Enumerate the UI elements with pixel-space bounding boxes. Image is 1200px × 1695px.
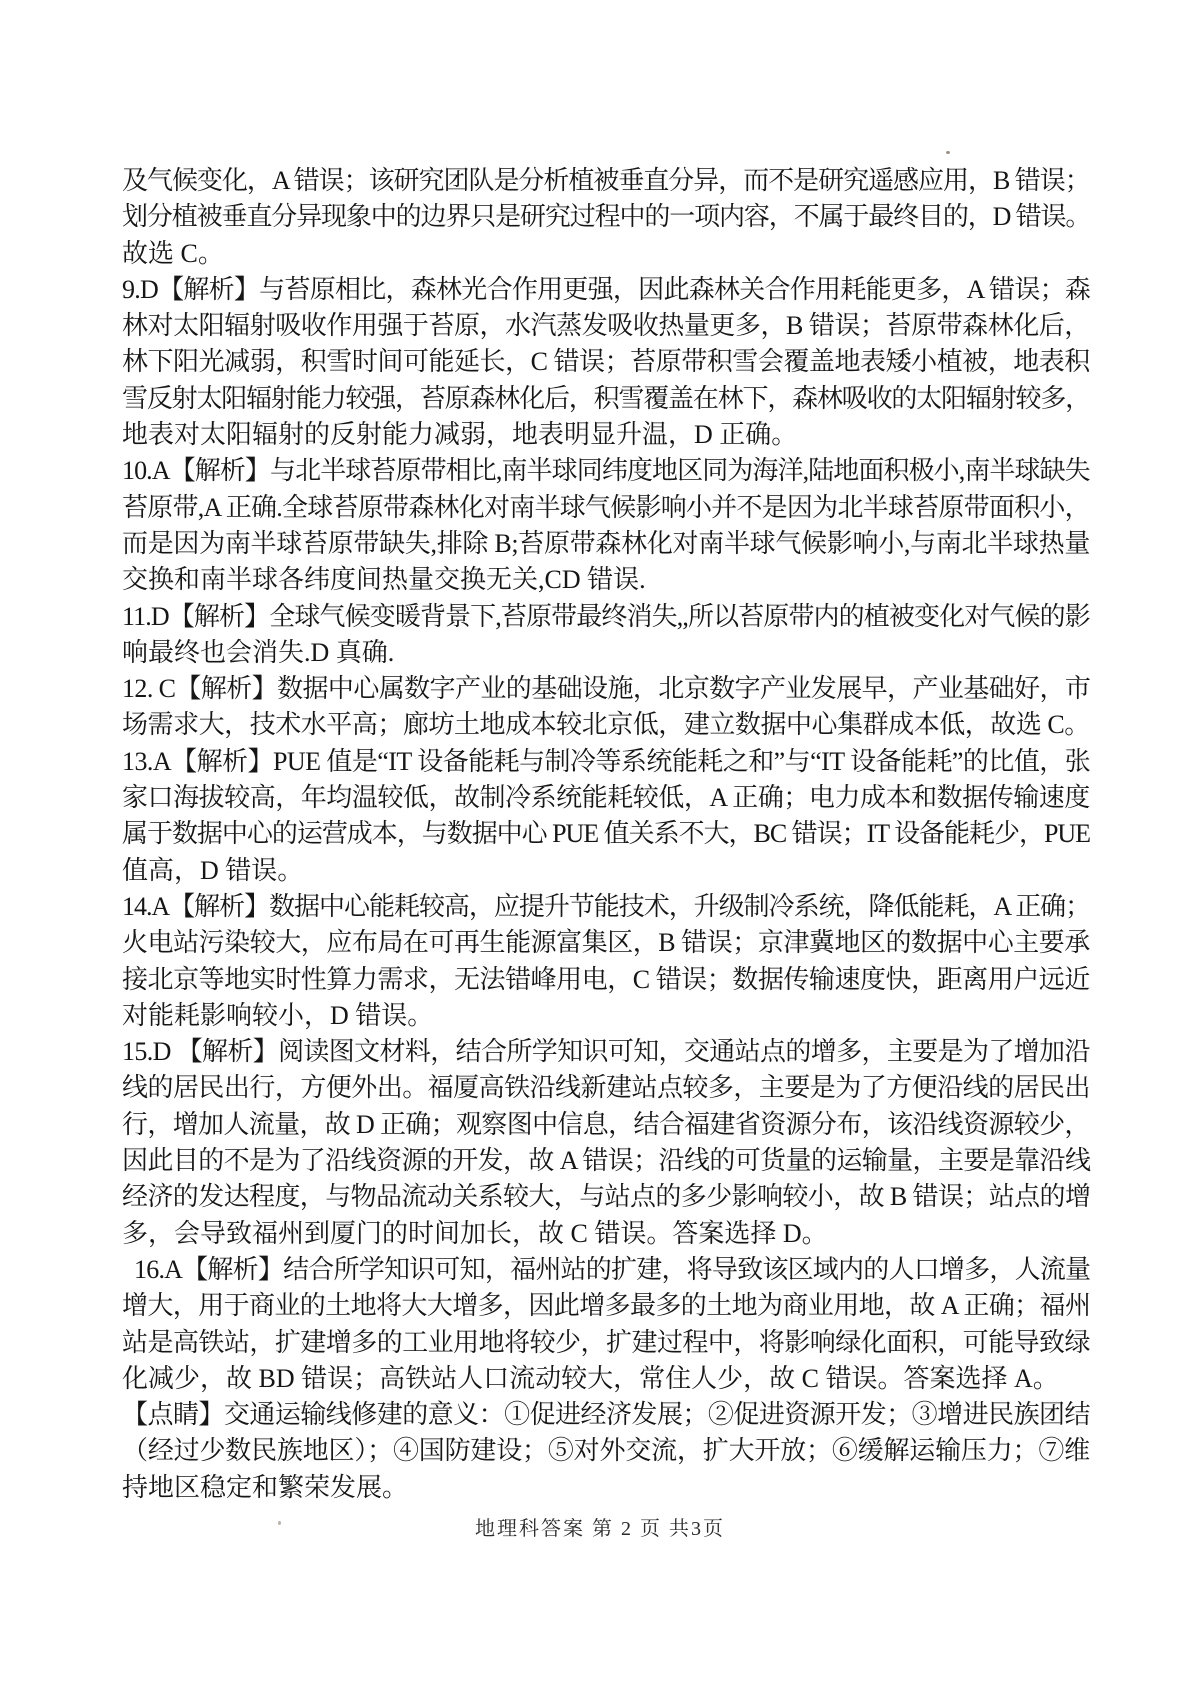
text-line-key-note: 【点睛】交通运输线修建的意义：①促进经济发展；②促进资源开发；③增进民族团结 — [122, 1397, 1090, 1433]
text-line: 对能耗影响较小，D 错误。 — [122, 998, 1090, 1034]
text-line: 行，增加人流量，故 D 正确；观察图中信息，结合福建省资源分布，该沿线资源较少， — [122, 1107, 1090, 1143]
text-line-answer-15: 15.D 【解析】阅读图文材料，结合所学知识可知，交通站点的增多，主要是为了增加… — [122, 1034, 1090, 1070]
text-line: 苔原带,A 正确.全球苔原带森林化对南半球气候影响小并不是因为北半球苔原带面积小… — [122, 490, 1090, 526]
text-line: 火电站污染较大，应布局在可再生能源富集区，B 错误；京津冀地区的数据中心主要承 — [122, 925, 1090, 961]
text-line: 划分植被垂直分异现象中的边界只是研究过程中的一项内容，不属于最终目的，D 错误。 — [122, 199, 1090, 235]
text-line-answer-13: 13.A【解析】PUE 值是“IT 设备能耗与制冷等系统能耗之和”与“IT 设备… — [122, 744, 1090, 780]
text-line: 及气候变化，A 错误；该研究团队是分析植被垂直分异，而不是研究遥感应用，B 错误… — [122, 163, 1090, 199]
text-line: 属于数据中心的运营成本，与数据中心 PUE 值关系不大，BC 错误；IT 设备能… — [122, 816, 1090, 852]
text-line-answer-14: 14.A【解析】数据中心能耗较高，应提升节能技术，升级制冷系统，降低能耗，A 正… — [122, 889, 1090, 925]
text-line: 地表对太阳辐射的反射能力减弱，地表明显升温，D 正确。 — [122, 417, 1090, 453]
text-line-answer-9: 9.D【解析】与苔原相比，森林光合作用更强，因此森林关合作用耗能更多，A 错误；… — [122, 272, 1090, 308]
text-line: 故选 C。 — [122, 236, 1090, 272]
text-line: 增大，用于商业的土地将大大增多，因此增多最多的土地为商业用地，故 A 正确；福州 — [122, 1288, 1090, 1324]
text-line: 多，会导致福州到厦门的时间加长，故 C 错误。答案选择 D。 — [122, 1216, 1090, 1252]
text-line-answer-16: 16.A【解析】结合所学知识可知，福州站的扩建，将导致该区域内的人口增多，人流量 — [122, 1252, 1090, 1288]
text-line: 而是因为南半球苔原带缺失,排除 B;苔原带森林化对南半球气候影响小,与南北半球热… — [122, 526, 1090, 562]
text-line: 站是高铁站，扩建增多的工业用地将较少，扩建过程中，将影响绿化面积，可能导致绿 — [122, 1325, 1090, 1361]
page-footer: 地理科答案 第 2 页 共3页 — [0, 1512, 1200, 1541]
text-line: 林对太阳辐射吸收作用强于苔原，水汽蒸发吸收热量更多，B 错误；苔原带森林化后， — [122, 308, 1090, 344]
text-line-answer-12: 12. C【解析】数据中心属数字产业的基础设施，北京数字产业发展早，产业基础好，… — [122, 671, 1090, 707]
text-line: 交换和南半球各纬度间热量交换无关,CD 错误. — [122, 562, 1090, 598]
text-line: 家口海拔较高，年均温较低，故制冷系统能耗较低，A 正确；电力成本和数据传输速度 — [122, 780, 1090, 816]
text-line: （经过少数民族地区）；④国防建设；⑤对外交流，扩大开放；⑥缓解运输压力；⑦维 — [122, 1433, 1090, 1469]
text-line: 林下阳光减弱，积雪时间可能延长，C 错误；苔原带积雪会覆盖地表矮小植被，地表积 — [122, 344, 1090, 380]
text-line: 接北京等地实时性算力需求，无法错峰用电，C 错误；数据传输速度快，距离用户远近 — [122, 962, 1090, 998]
text-line-answer-11: 11.D【解析】全球气候变暖背景下,苔原带最终消失,,所以苔原带内的植被变化对气… — [122, 599, 1090, 635]
scan-speck-top — [946, 151, 950, 154]
text-line-answer-10: 10.A【解析】与北半球苔原带相比,南半球同纬度地区同为海洋,陆地面积极小,南半… — [122, 453, 1090, 489]
text-line: 因此目的不是为了沿线资源的开发，故 A 错误；沿线的可货量的运输量，主要是靠沿线 — [122, 1143, 1090, 1179]
text-line: 持地区稳定和繁荣发展。 — [122, 1470, 1090, 1506]
answer-text-block: 及气候变化，A 错误；该研究团队是分析植被垂直分异，而不是研究遥感应用，B 错误… — [122, 163, 1090, 1506]
text-line: 雪反射太阳辐射能力较强，苔原森林化后，积雪覆盖在林下，森林吸收的太阳辐射较多， — [122, 381, 1090, 417]
text-line: 经济的发达程度，与物品流动关系较大，与站点的多少影响较小，故 B 错误；站点的增 — [122, 1179, 1090, 1215]
answer-sheet-page: 及气候变化，A 错误；该研究团队是分析植被垂直分异，而不是研究遥感应用，B 错误… — [0, 0, 1200, 1695]
text-line: 化减少，故 BD 错误；高铁站人口流动较大，常住人少，故 C 错误。答案选择 A… — [122, 1361, 1090, 1397]
text-line: 响最终也会消失.D 真确. — [122, 635, 1090, 671]
text-line: 值高，D 错误。 — [122, 853, 1090, 889]
text-line: 线的居民出行，方便外出。福厦高铁沿线新建站点较多，主要是为了方便沿线的居民出 — [122, 1070, 1090, 1106]
text-line: 场需求大，技术水平高；廊坊土地成本较北京低，建立数据中心集群成本低，故选 C。 — [122, 707, 1090, 743]
